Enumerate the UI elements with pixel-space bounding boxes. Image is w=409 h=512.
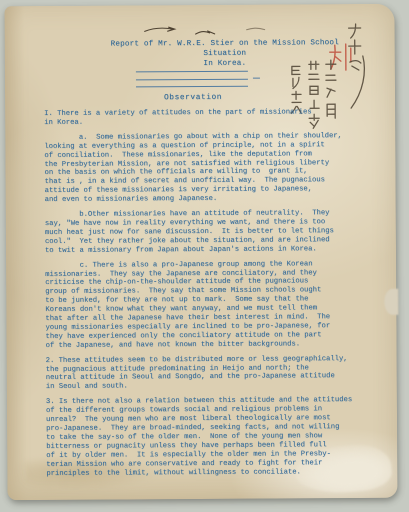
rule-line — [136, 78, 248, 80]
rule-line — [136, 86, 248, 88]
pen-mark-top-right — [245, 24, 267, 34]
pen-mark-top-left — [143, 23, 177, 37]
document-page: Report of Mr. W.R.E. Stier on the Missio… — [4, 4, 397, 500]
paragraph-observation-1: I. There is a variety of attitudes on th… — [44, 108, 378, 128]
rule-dash — [253, 77, 260, 78]
paragraph-2: 2. These attitudes seem to be distribute… — [46, 355, 380, 393]
paragraph-3: 3. Is there not also a relation between … — [46, 396, 380, 478]
divider-rules — [136, 71, 248, 94]
staple-mark — [193, 27, 219, 39]
section-heading: Observation — [133, 94, 253, 103]
paragraph-a: a. Some missionaries go about with a chi… — [44, 132, 378, 205]
scan-backdrop: { "document": { "title_line1": "Report o… — [0, 0, 409, 512]
paper-edge-nick — [384, 289, 398, 315]
handwritten-edge-note — [343, 22, 372, 114]
paragraph-b: b.Other missionaries have an attitude of… — [45, 209, 379, 256]
rule-line — [136, 71, 248, 73]
document-body: I. There is a variety of attitudes on th… — [44, 108, 380, 484]
paragraph-c: c. There is also a pro-Japanese group am… — [45, 260, 380, 351]
